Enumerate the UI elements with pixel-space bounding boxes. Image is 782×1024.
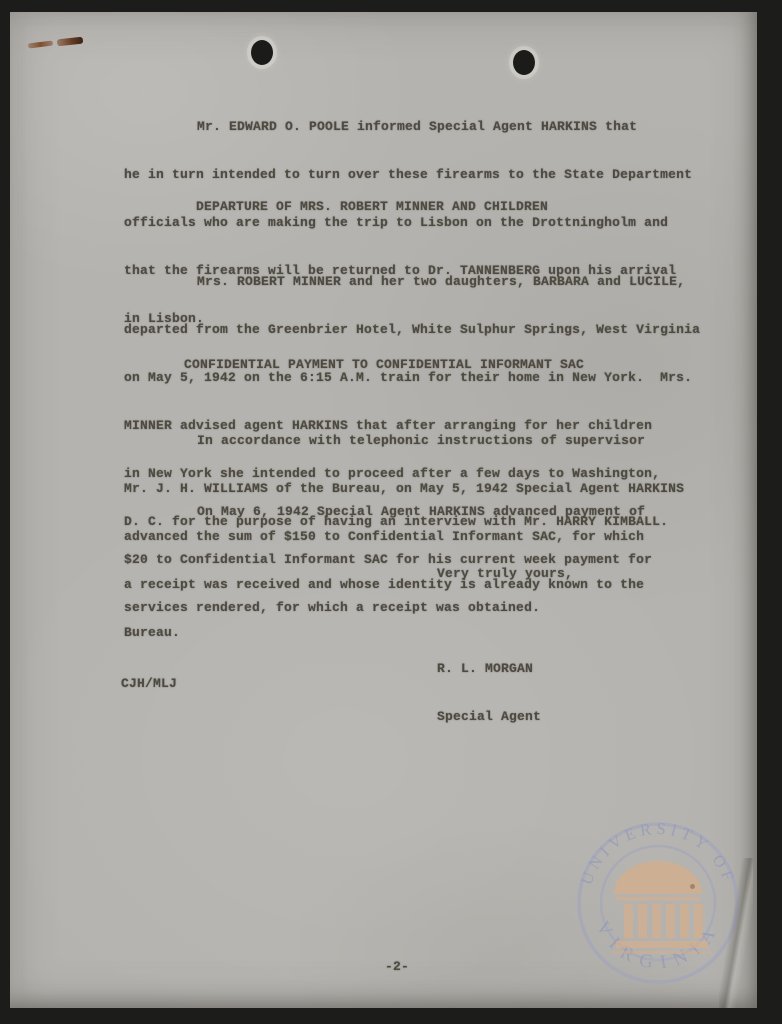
ink-mark: [57, 37, 84, 47]
signature-name: R. L. MORGAN: [437, 661, 541, 677]
punch-hole: [513, 50, 535, 75]
signature-title: Special Agent: [437, 709, 541, 725]
section-heading-payment: CONFIDENTIAL PAYMENT TO CONFIDENTIAL INF…: [184, 357, 584, 373]
punch-hole: [251, 40, 273, 65]
page-number: -2-: [385, 959, 409, 975]
document-line: officials who are making the trip to Lis…: [124, 215, 749, 231]
closing-salutation: Very truly yours,: [437, 566, 573, 582]
payment-paragraph-2: On May 6, 1942 Special Agent HARKINS adv…: [124, 472, 749, 648]
document-line: services rendered, for which a receipt w…: [124, 600, 749, 616]
scanned-document-page: Mr. EDWARD O. POOLE informed Special Age…: [0, 0, 782, 1024]
signature-block: R. L. MORGAN Special Agent: [437, 629, 541, 757]
section-heading-departure: DEPARTURE OF MRS. ROBERT MINNER AND CHIL…: [196, 199, 548, 215]
document-line: Mr. EDWARD O. POOLE informed Special Age…: [124, 119, 749, 135]
document-line: departed from the Greenbrier Hotel, Whit…: [124, 322, 749, 338]
document-line: On May 6, 1942 Special Agent HARKINS adv…: [124, 504, 749, 520]
document-line: Mrs. ROBERT MINNER and her two daughters…: [124, 274, 749, 290]
document-line: he in turn intended to turn over these f…: [124, 167, 749, 183]
typist-initials: CJH/MLJ: [121, 676, 177, 692]
document-line: In accordance with telephonic instructio…: [124, 433, 749, 449]
paper-corner-curl: [719, 858, 753, 1008]
ink-mark: [28, 40, 53, 48]
paper-sheet: Mr. EDWARD O. POOLE informed Special Age…: [10, 12, 757, 1008]
